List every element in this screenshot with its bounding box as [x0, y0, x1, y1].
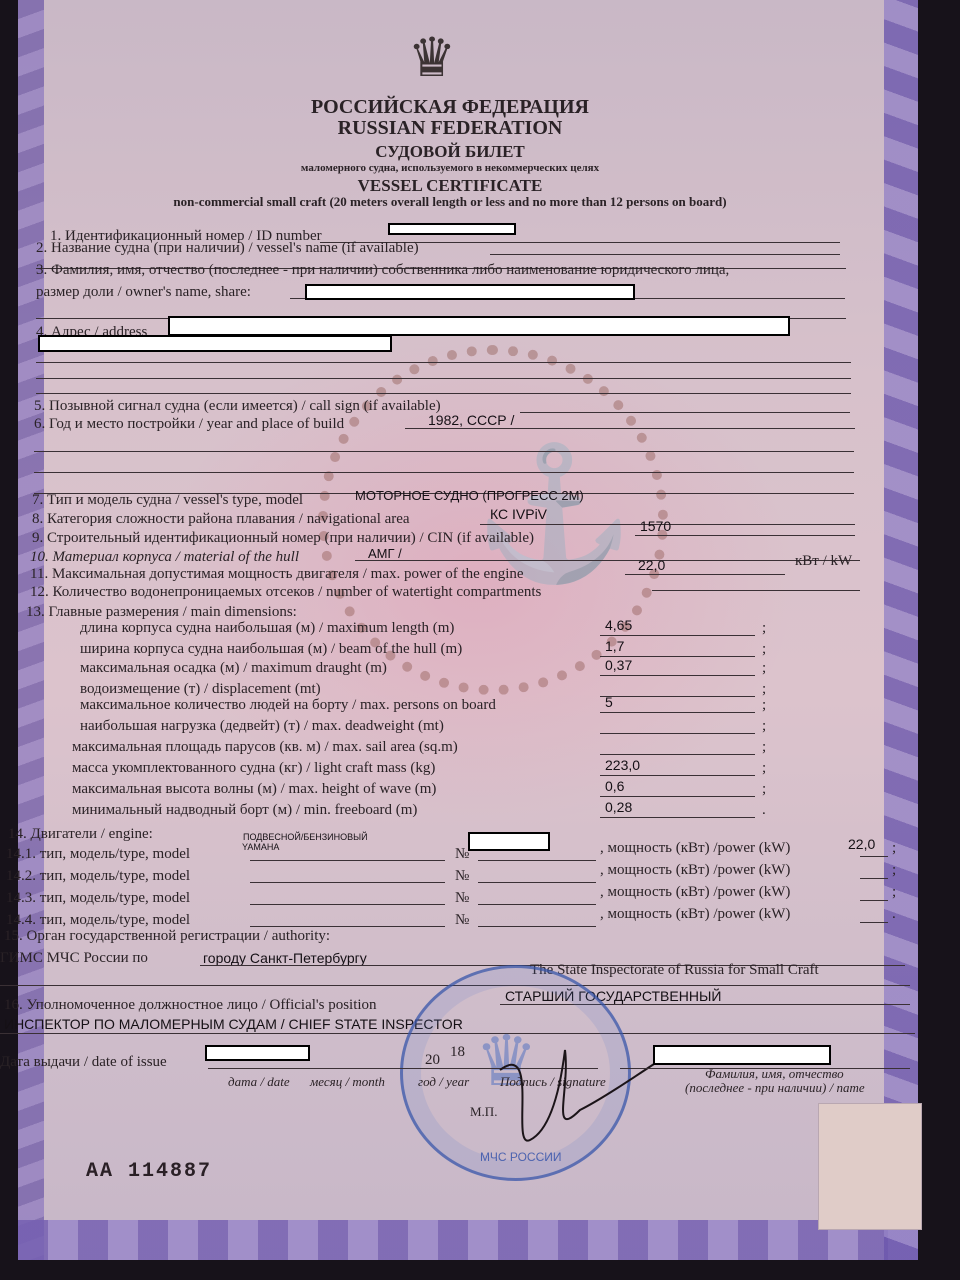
- signature: [470, 1030, 670, 1160]
- dimension-label: водоизмещение (т) / displacement (mt): [80, 681, 321, 698]
- dimension-end-mark: ;: [762, 660, 766, 677]
- issue-year-value: 18: [450, 1044, 465, 1061]
- redacted-issue-date: [205, 1045, 310, 1061]
- dimension-label: ширина корпуса судна наибольшая (м) / be…: [80, 641, 462, 658]
- field-3-label: 3. Фамилия, имя, отчество (последнее - п…: [36, 262, 729, 279]
- dimension-value: 223,0: [605, 757, 640, 773]
- engines-label: 14. Двигатели / engine:: [8, 826, 153, 843]
- engine-row-label: 14.3. тип, модель/type, model: [6, 890, 190, 907]
- engine-number-line: [478, 882, 596, 883]
- guilloche-border: [18, 1220, 918, 1260]
- redacted-engine-number: [468, 832, 550, 851]
- dimension-value: 4,65: [605, 617, 632, 633]
- dimension-line: [600, 775, 755, 776]
- engine-power-label: , мощность (кВт) /power (kW): [600, 840, 790, 857]
- engine-end-mark: ;: [892, 884, 896, 901]
- field-11-label: 11. Максимальная допустимая мощность дви…: [30, 566, 524, 583]
- engine-end-mark: ;: [892, 862, 896, 879]
- field-8-label: 8. Категория сложности района плавания /…: [32, 511, 410, 528]
- field-12-label: 12. Количество водонепроницаемых отсеков…: [30, 584, 541, 601]
- official-value-2: ИНСПЕКТОР ПО МАЛОМЕРНЫМ СУДАМ / CHIEF ST…: [4, 1016, 463, 1032]
- dimension-end-mark: ;: [762, 681, 766, 698]
- title-ru: СУДОВОЙ БИЛЕТ: [0, 142, 900, 162]
- field-8-value: КС IVPiV: [490, 506, 547, 522]
- field-5-label: 5. Позывной сигнал судна (если имеется) …: [34, 398, 441, 415]
- dimension-end-mark: ;: [762, 718, 766, 735]
- coat-of-arms-icon: ♛: [397, 22, 467, 92]
- engine-number-line: [478, 904, 596, 905]
- dimension-line: [600, 733, 755, 734]
- field-7-value: МОТОРНОЕ СУДНО (ПРОГРЕСС 2М): [355, 488, 584, 503]
- dimension-line: [600, 675, 755, 676]
- redacted-official-name: [653, 1045, 831, 1065]
- issue-date-label: Дата выдачи / date of issue: [0, 1054, 167, 1071]
- authority-prefix: ГИМС МЧС России по: [0, 950, 148, 967]
- engine-power-label: , мощность (кВт) /power (kW): [600, 862, 790, 879]
- field-11-value: 22,0: [638, 557, 665, 573]
- engine-power-value: 22,0: [848, 836, 875, 852]
- dimension-line: [600, 754, 755, 755]
- dimension-end-mark: ;: [762, 641, 766, 658]
- subtitle-ru: маломерного судна, используемого в неком…: [0, 162, 900, 174]
- field-10-label: 10. Материал корпуса / material of the h…: [30, 549, 299, 566]
- field-9-label: 9. Строительный идентификационный номер …: [32, 530, 534, 547]
- dimensions-label: 13. Главные размерения / main dimensions…: [26, 604, 297, 621]
- country-ru: РОССИЙСКАЯ ФЕДЕРАЦИЯ: [0, 96, 900, 119]
- redacted-address-2: [38, 335, 392, 352]
- blank-line: [34, 472, 854, 473]
- dimension-line: [600, 817, 755, 818]
- engine-number-label: №: [455, 890, 469, 907]
- field-9-line: [635, 535, 855, 536]
- engine-power-label: , мощность (кВт) /power (kW): [600, 884, 790, 901]
- dimension-label: наибольшая нагрузка (дедвейт) (т) / max.…: [80, 718, 444, 735]
- redacted-id-number: [388, 223, 516, 235]
- engine-row-label: 14.2. тип, модель/type, model: [6, 868, 190, 885]
- redacted-address: [168, 316, 790, 336]
- blank-line: [36, 362, 851, 363]
- dimension-end-mark: ;: [762, 620, 766, 637]
- engine-type-note: ПОДВЕСНОЙ/БЕНЗИНОВЫЙ: [243, 832, 368, 842]
- field-3-label-2: размер доли / owner's name, share:: [36, 284, 251, 301]
- engine-power-line: [860, 922, 888, 923]
- engine-number-line: [478, 860, 596, 861]
- field-7-label: 7. Тип и модель судна / vessel's type, m…: [32, 492, 303, 509]
- dimension-end-mark: .: [762, 802, 766, 819]
- dimension-end-mark: ;: [762, 697, 766, 714]
- dimension-value: 0,37: [605, 657, 632, 673]
- dimension-label: длина корпуса судна наибольшая (м) / max…: [80, 620, 454, 637]
- serial-number: АА 114887: [86, 1160, 212, 1183]
- dimension-value: 0,28: [605, 799, 632, 815]
- field-2-label: 2. Название судна (при наличии) / vessel…: [36, 240, 419, 257]
- engine-model-line: [250, 904, 445, 905]
- engine-model-line: [250, 860, 445, 861]
- field-11-unit: кВт / kW: [795, 553, 852, 570]
- authority-value: городу Санкт-Петербургу: [203, 950, 367, 966]
- blank-line: [36, 378, 851, 379]
- engine-number-line: [478, 926, 596, 927]
- dimension-end-mark: ;: [762, 760, 766, 777]
- dimension-label: максимальная площадь парусов (кв. м) / m…: [72, 739, 458, 756]
- name-caption-2: (последнее - при наличии) / name: [685, 1080, 865, 1096]
- subtitle-en: non-commercial small craft (20 meters ov…: [0, 194, 900, 210]
- field-10-value: АМГ /: [368, 546, 402, 561]
- field-5-line: [520, 412, 850, 413]
- engine-power-line: [860, 878, 888, 879]
- caption-date: дата / date: [228, 1074, 290, 1090]
- photo-placeholder: [818, 1103, 922, 1230]
- dimension-line: [600, 696, 755, 697]
- dimension-line: [600, 796, 755, 797]
- dimension-value: 0,6: [605, 778, 624, 794]
- issue-year-prefix: 20: [425, 1052, 440, 1069]
- engine-power-line: [860, 900, 888, 901]
- dimension-label: максимальная осадка (м) / maximum draugh…: [80, 660, 387, 677]
- dimension-label: минимальный надводный борт (м) / min. fr…: [72, 802, 417, 819]
- field-6-label: 6. Год и место постройки / year and plac…: [34, 416, 344, 433]
- authority-label: 15. Орган государственной регистрации / …: [4, 928, 330, 945]
- dimension-value: 1,7: [605, 638, 624, 654]
- engine-model-line: [250, 882, 445, 883]
- engine-end-mark: ;: [892, 840, 896, 857]
- field-9-value: 1570: [640, 518, 671, 534]
- engine-number-label: №: [455, 868, 469, 885]
- field-10-line: [355, 560, 860, 561]
- dimension-label: максимальное количество людей на борту /…: [80, 697, 496, 714]
- engine-model-line: [250, 926, 445, 927]
- blank-line: [34, 451, 854, 452]
- engine-row-label: 14.1. тип, модель/type, model: [6, 846, 190, 863]
- dimension-label: масса укомплектованного судна (кг) / lig…: [72, 760, 435, 777]
- dimension-label: максимальная высота волны (м) / max. hei…: [72, 781, 436, 798]
- dimension-end-mark: ;: [762, 739, 766, 756]
- redacted-owner-name: [305, 284, 635, 300]
- dimension-line: [600, 635, 755, 636]
- blank-line: [36, 393, 851, 394]
- engine-model: YAMAHA: [242, 842, 279, 852]
- country-en: RUSSIAN FEDERATION: [0, 117, 900, 140]
- caption-month: месяц / month: [310, 1074, 385, 1090]
- title-en: VESSEL CERTIFICATE: [0, 176, 900, 196]
- engine-power-line: [860, 856, 888, 857]
- caption-year: год / year: [418, 1074, 469, 1090]
- engine-end-mark: .: [892, 906, 896, 923]
- authority-en: The State Inspectorate of Russia for Sma…: [530, 962, 819, 979]
- official-label: 16. Уполномоченное должностное лицо / Of…: [4, 997, 377, 1014]
- engine-power-label: , мощность (кВт) /power (kW): [600, 906, 790, 923]
- dimension-value: 5: [605, 694, 613, 710]
- field-6-value: 1982, СССР /: [428, 412, 514, 428]
- dimension-line: [600, 712, 755, 713]
- field-11-line: [625, 574, 785, 575]
- field-12-line: [652, 590, 860, 591]
- field-6-line: [405, 428, 855, 429]
- dimension-end-mark: ;: [762, 781, 766, 798]
- engine-row-label: 14.4. тип, модель/type, model: [6, 912, 190, 929]
- engine-number-label: №: [455, 912, 469, 929]
- field-2-line: [490, 254, 840, 255]
